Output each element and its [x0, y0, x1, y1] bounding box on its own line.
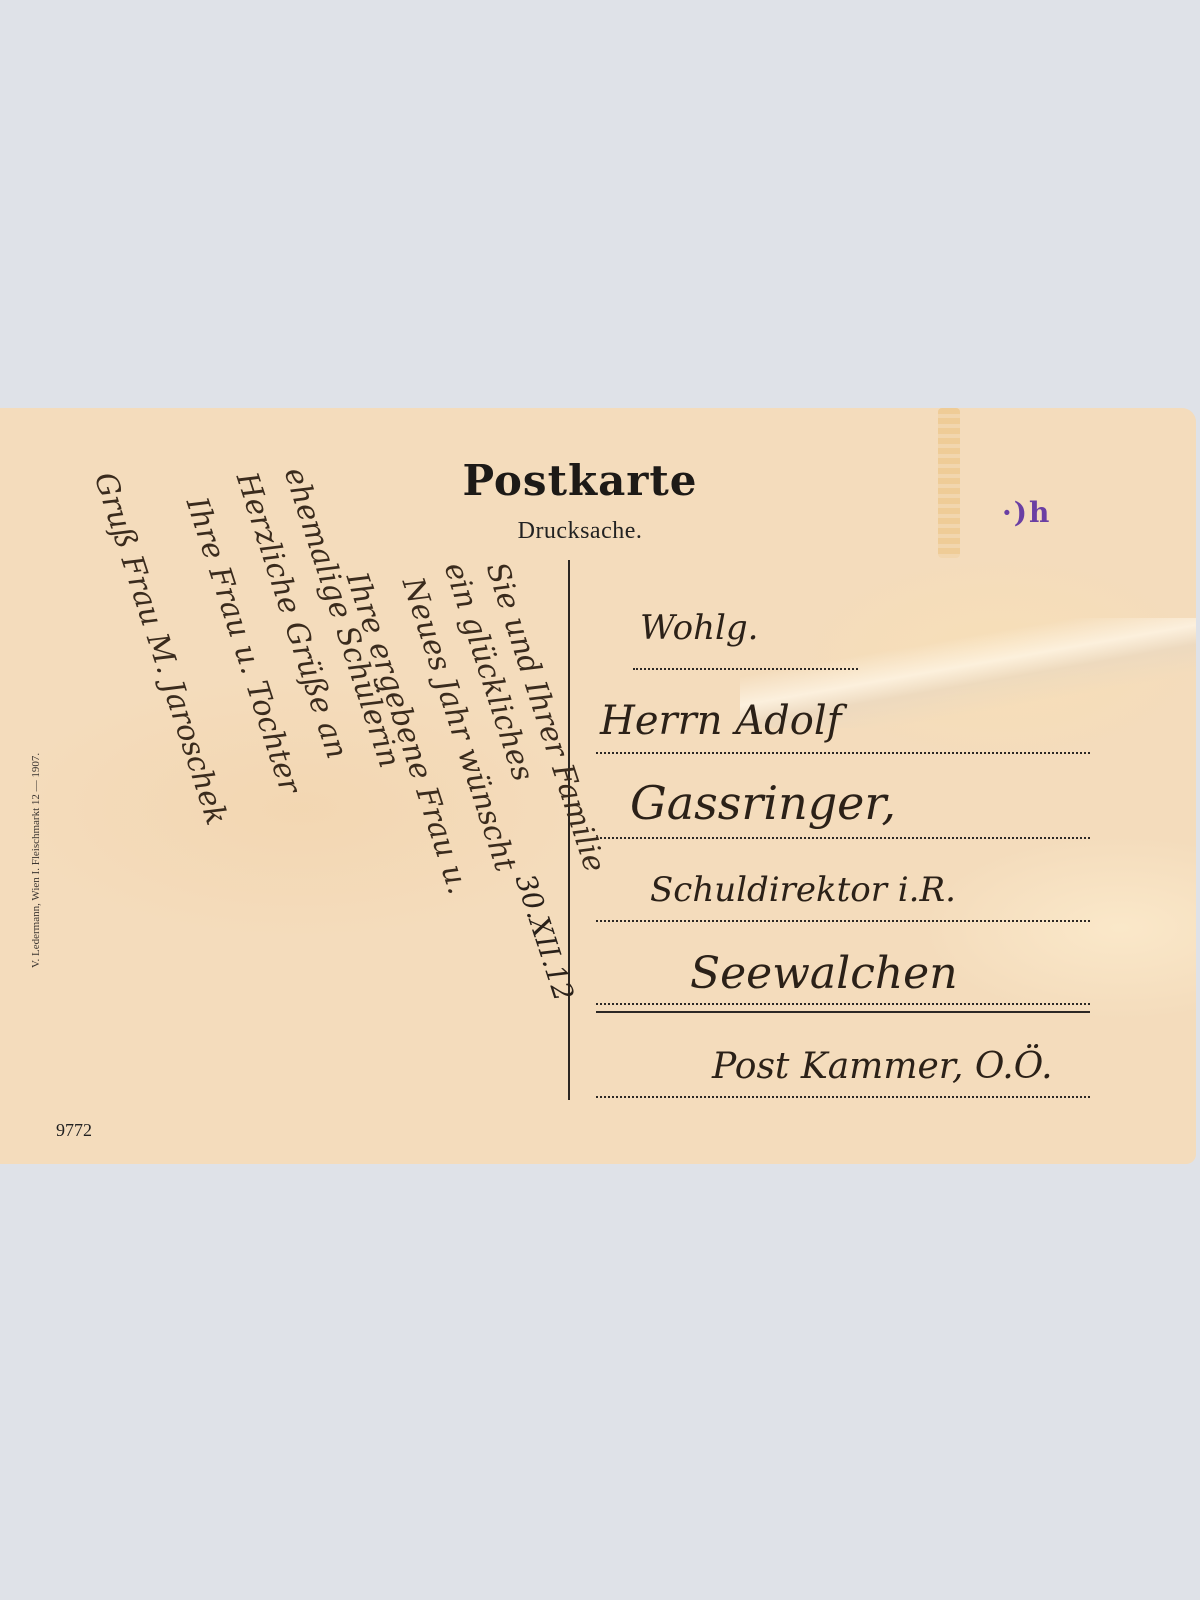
address-title: Schuldirektor i.R.	[650, 870, 956, 910]
postcard-title: Postkarte	[460, 456, 700, 505]
publisher-imprint: V. Ledermann, Wien I. Fleischmarkt 12 — …	[30, 588, 42, 968]
address-surname: Gassringer,	[630, 776, 896, 830]
address-town: Seewalchen	[690, 948, 958, 999]
address-line-4	[596, 920, 1090, 922]
address-line-1	[633, 668, 858, 670]
address-line-6	[596, 1096, 1090, 1098]
removed-stamp-residue	[938, 408, 960, 558]
address-salutation: Wohlg.	[640, 608, 758, 648]
address-line-5-underline	[596, 1011, 1090, 1013]
address-recipient: Herrn Adolf	[600, 698, 841, 744]
series-number: 9772	[56, 1120, 92, 1141]
postcard-subtitle: Drucksache.	[470, 518, 690, 545]
address-post-office: Post Kammer, O.Ö.	[712, 1046, 1053, 1087]
postmark-fragment: ·)h	[1002, 496, 1051, 529]
address-line-2	[596, 752, 1090, 754]
address-line-5	[596, 1003, 1090, 1005]
postcard: Postkarte Drucksache. ·)h V. Ledermann, …	[0, 408, 1196, 1164]
address-line-3	[596, 837, 1090, 839]
